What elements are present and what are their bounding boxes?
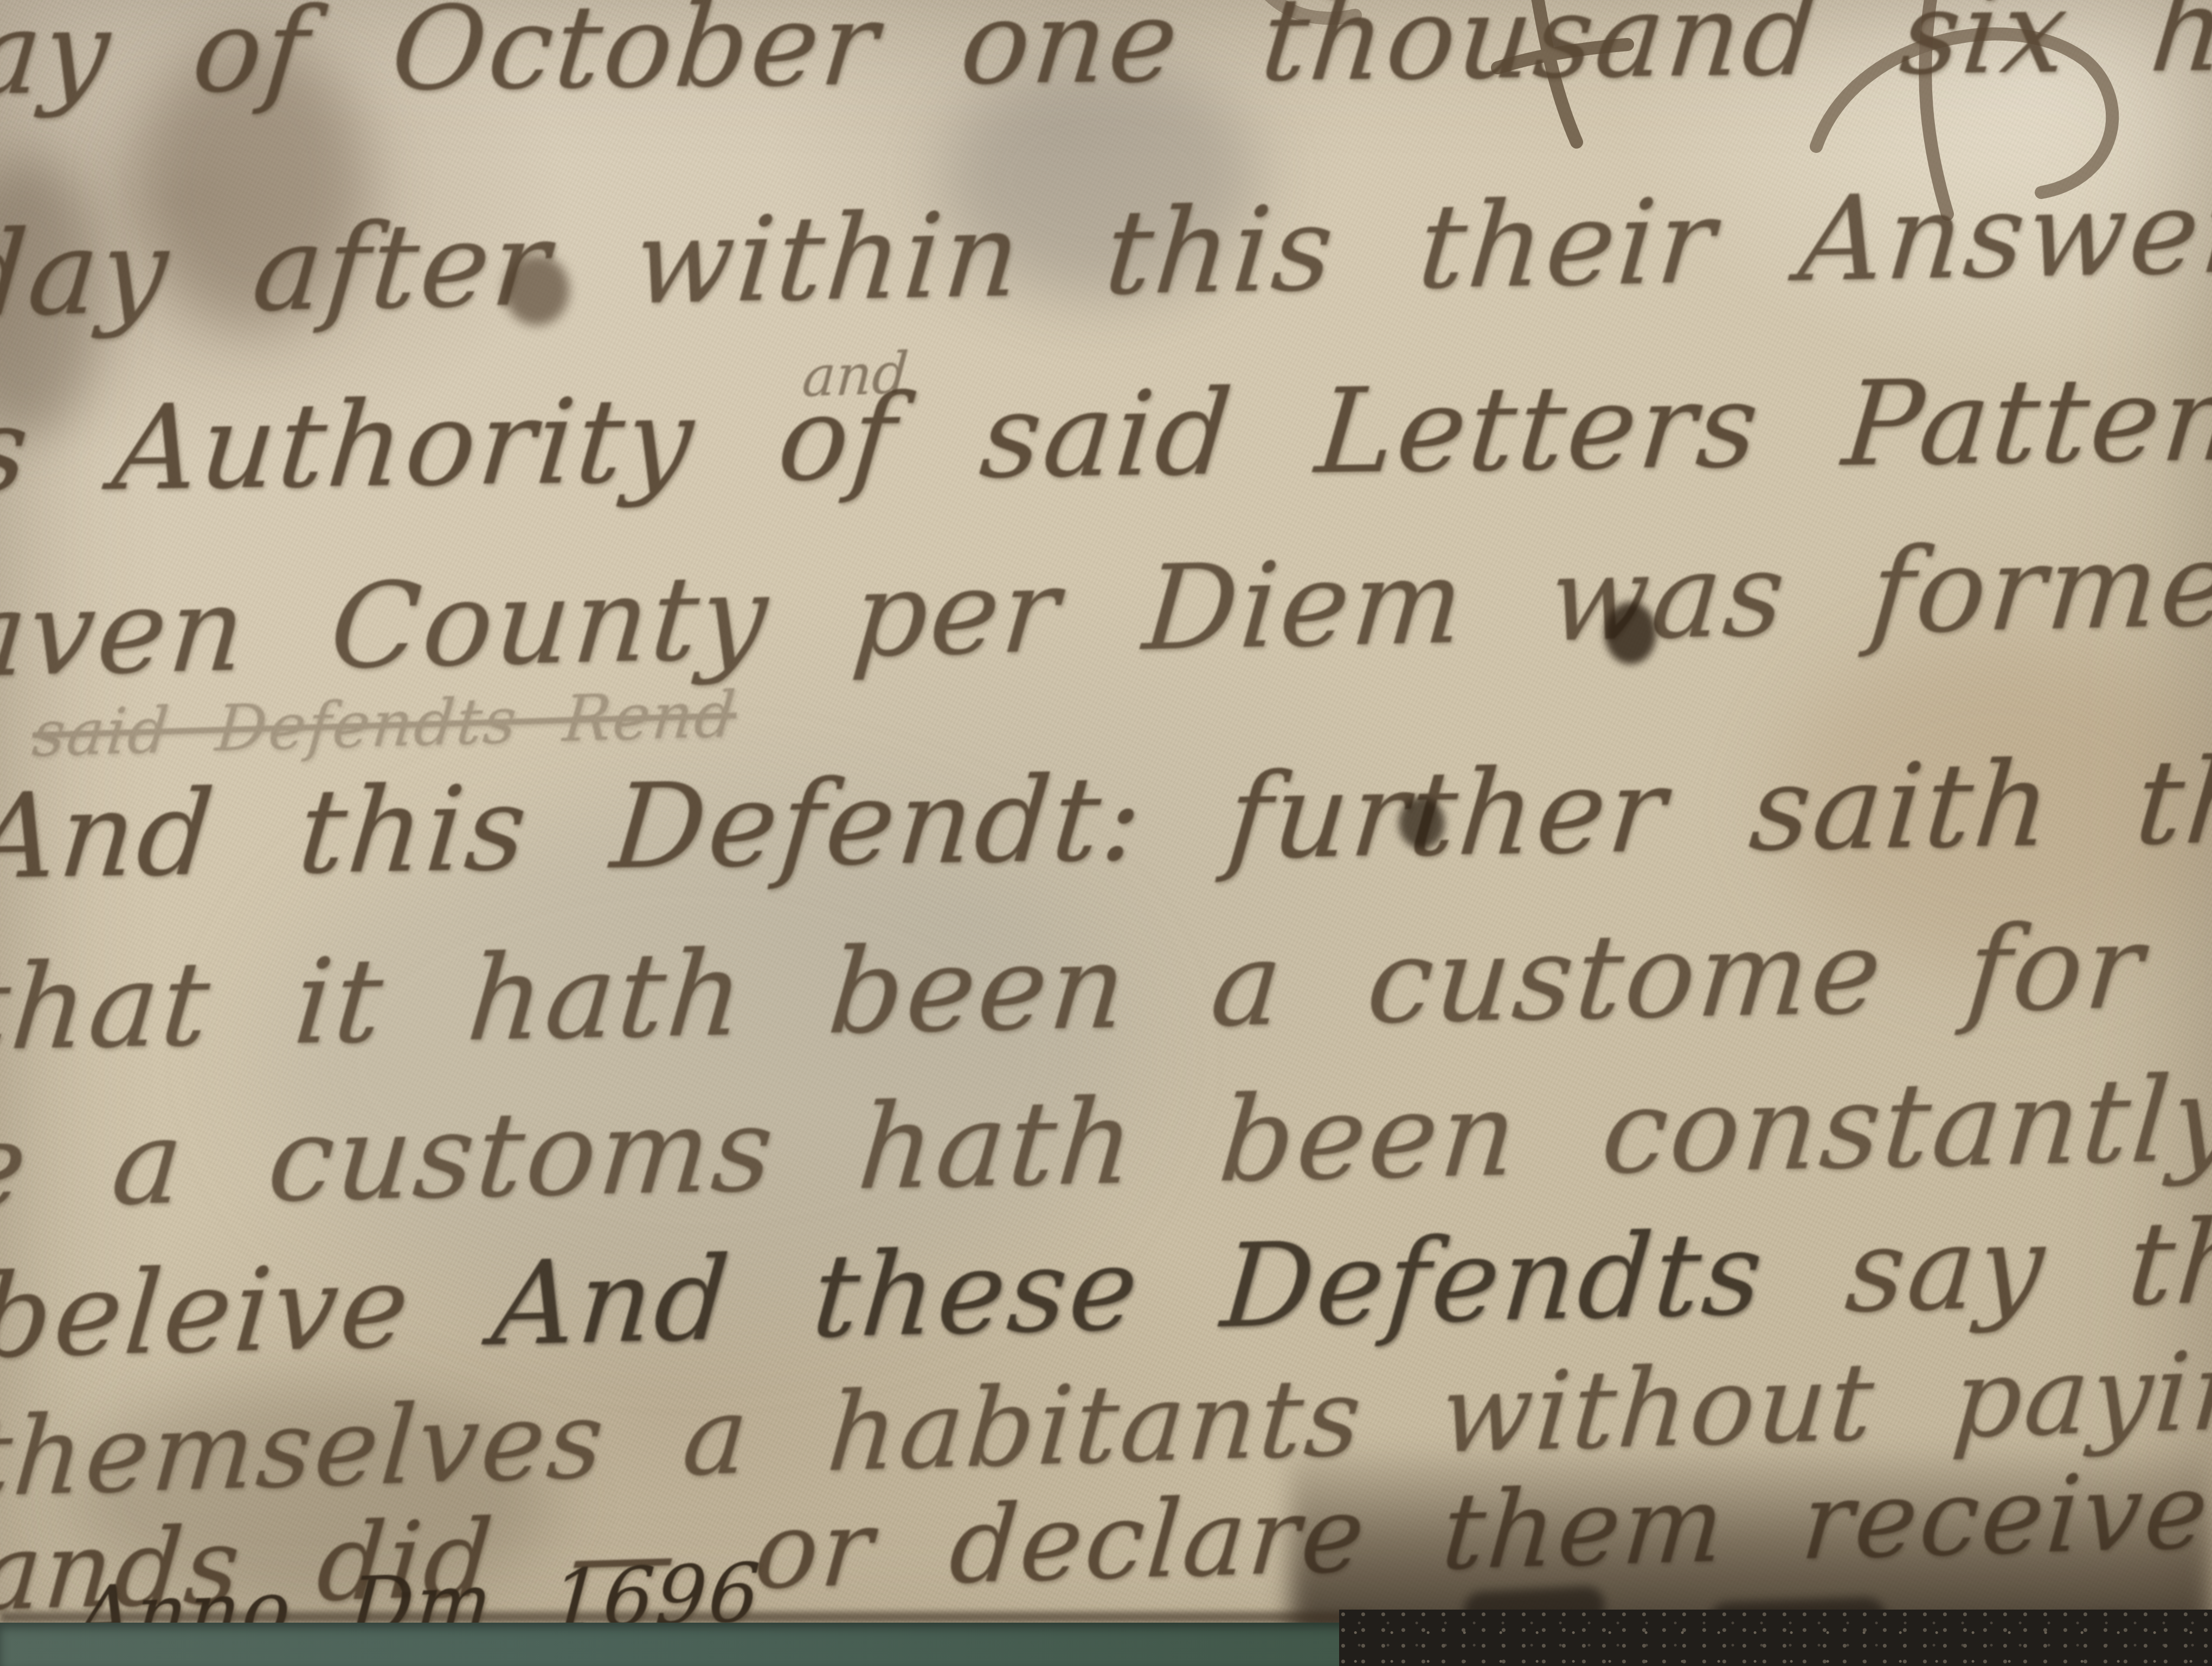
parchment-edge <box>0 1612 1366 1623</box>
manuscript-line: day after within this their Answere and … <box>0 163 2212 334</box>
manuscript-line: s Authority of said Letters Pattents of <box>0 356 2212 510</box>
manuscript-line-faint-struck: said Defendts Rend <box>30 682 740 766</box>
manuscript-line: ay of October one thousand six hundred a… <box>0 0 2212 111</box>
line-segment-dark-ink: And these Defendts <box>488 1206 1770 1372</box>
manuscript-line: aven County per Diem was formerly p <box>0 518 2212 694</box>
manuscript-photo: ay of October one thousand six hundred a… <box>0 0 2212 1666</box>
interline-insertion: and <box>800 339 911 409</box>
manuscript-line: that it hath been a custome for the ye <box>0 899 2212 1068</box>
line-segment: say that it <box>1759 1187 2212 1341</box>
table-edge-teal <box>0 1623 1366 1666</box>
line-segment: beleive <box>0 1237 499 1384</box>
table-edge-granite <box>1339 1610 2212 1666</box>
manuscript-line: e a customs hath been constantly ob <box>0 1055 2212 1226</box>
